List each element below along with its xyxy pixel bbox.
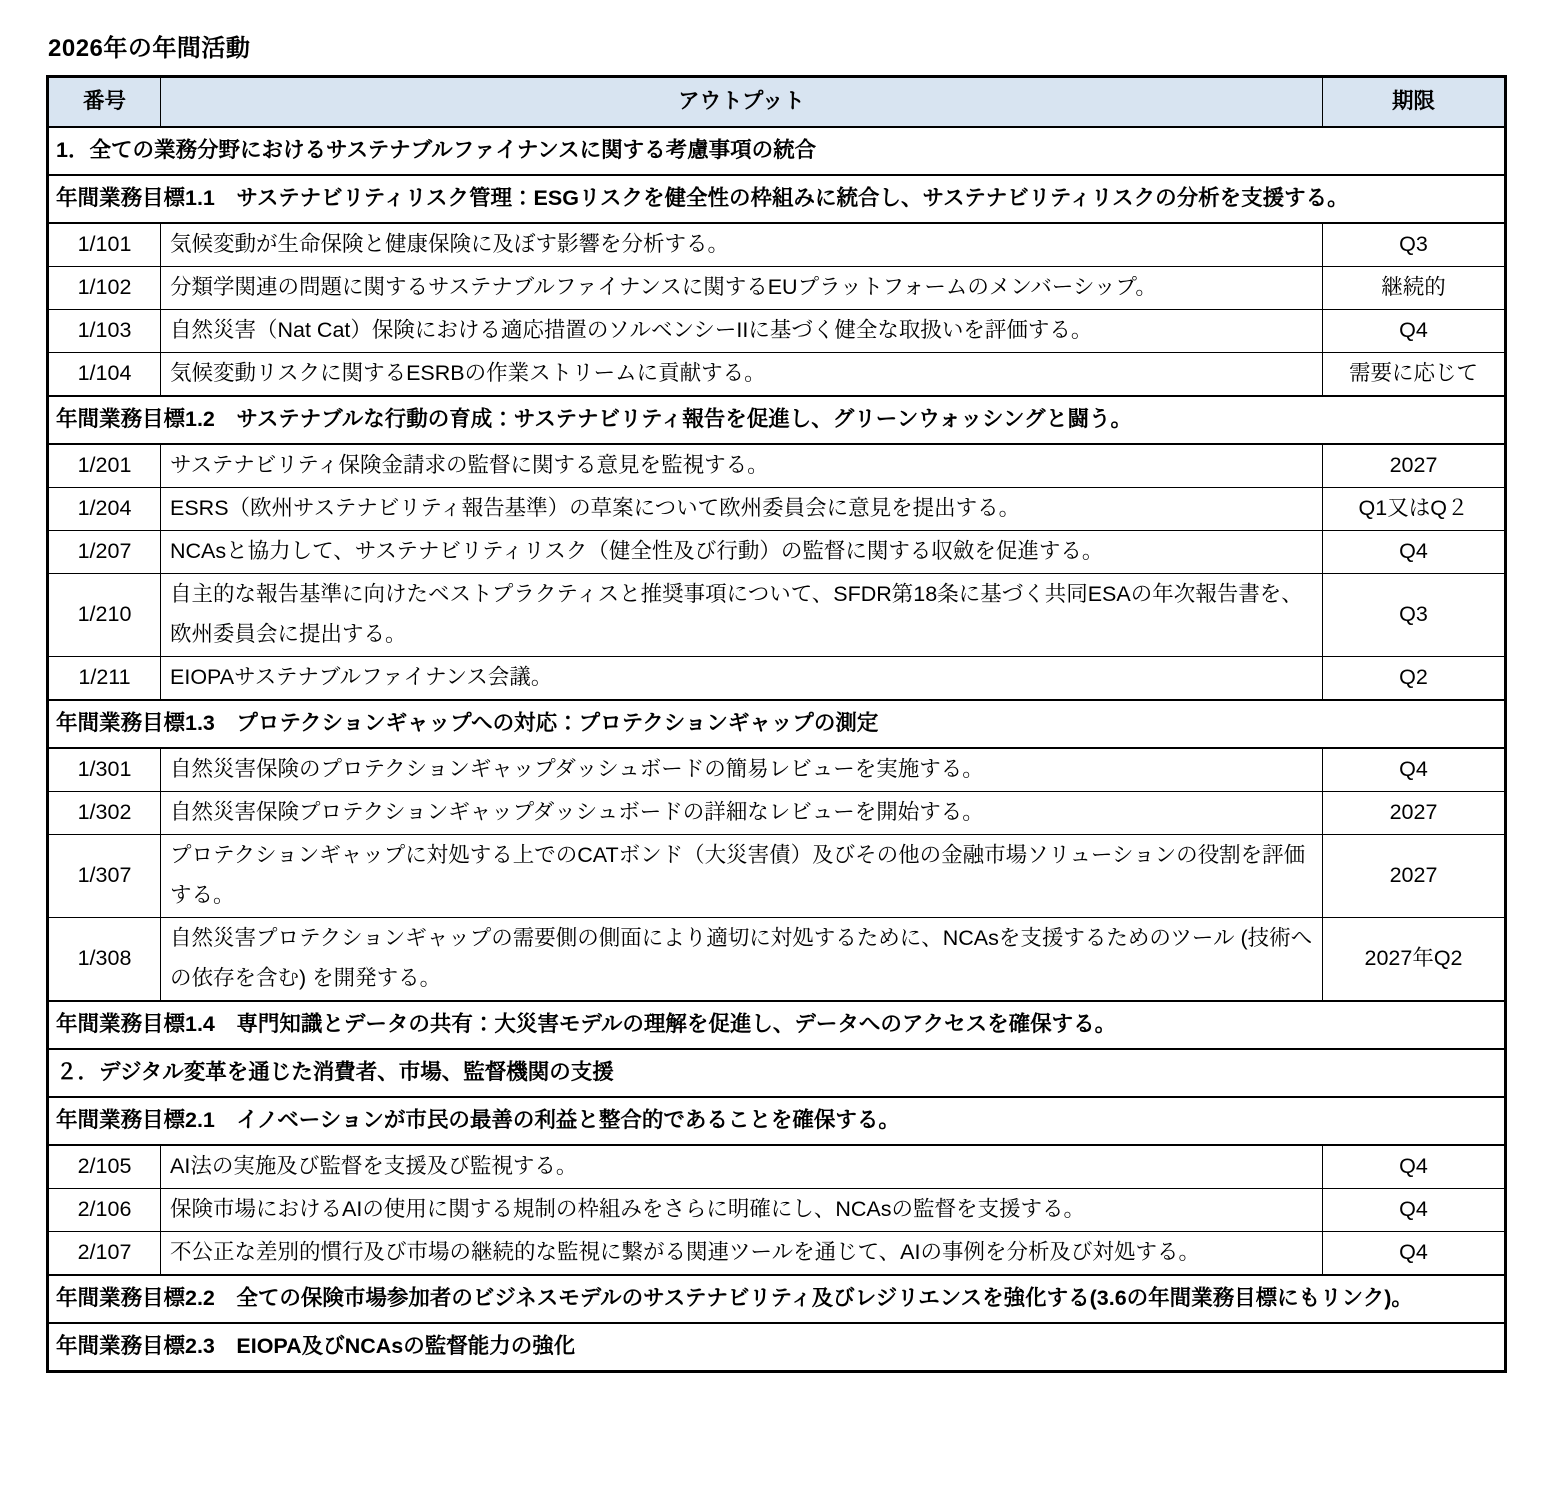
section-row: 年間業務目標2.3 EIOPA及びNCAsの監督能力の強化 [48,1323,1506,1371]
section-row: 年間業務目標1.2 サステナブルな行動の育成：サステナビリティ報告を促進し、グリ… [48,396,1506,444]
table-row: 1/104 気候変動リスクに関するESRBの作業ストリームに貢献する。 需要に応… [48,352,1506,395]
cell-deadline: Q2 [1323,656,1506,699]
cell-deadline: Q4 [1323,1231,1506,1274]
table-row: 1/301 自然災害保険のプロテクションギャップダッシュボードの簡易レビューを実… [48,748,1506,791]
cell-number: 2/105 [48,1145,161,1188]
table-row: 1/207 NCAsと協力して、サステナビリティリスク（健全性及び行動）の監督に… [48,530,1506,573]
section-row: 1．全ての業務分野におけるサステナブルファイナンスに関する考慮事項の統合 [48,127,1506,175]
cell-deadline: Q4 [1323,748,1506,791]
page-title: 2026年の年間活動 [48,28,1502,63]
cell-output: 不公正な差別的慣行及び市場の継続的な監視に繋がる関連ツールを通じて、AIの事例を… [161,1231,1323,1274]
document-page: 2026年の年間活動 番号 アウトプット 期限 1．全ての業務分野におけるサステ… [0,0,1550,1491]
table-header: 番号 アウトプット 期限 [48,77,1506,127]
cell-output: サステナビリティ保険金請求の監督に関する意見を監視する。 [161,444,1323,487]
section-cell: 1．全ての業務分野におけるサステナブルファイナンスに関する考慮事項の統合 [48,127,1506,175]
cell-number: 1/210 [48,573,161,656]
cell-deadline: Q4 [1323,309,1506,352]
cell-deadline: Q4 [1323,1145,1506,1188]
cell-output: EIOPAサステナブルファイナンス会議。 [161,656,1323,699]
section-row: ２．デジタル変革を通じた消費者、市場、監督機関の支援 [48,1049,1506,1097]
table-row: 2/107 不公正な差別的慣行及び市場の継続的な監視に繋がる関連ツールを通じて、… [48,1231,1506,1274]
table-row: 2/106 保険市場におけるAIの使用に関する規制の枠組みをさらに明確にし、NC… [48,1188,1506,1231]
cell-deadline: 継続的 [1323,266,1506,309]
cell-output: 保険市場におけるAIの使用に関する規制の枠組みをさらに明確にし、NCAsの監督を… [161,1188,1323,1231]
cell-output: 自然災害保険プロテクションギャップダッシュボードの詳細なレビューを開始する。 [161,791,1323,834]
table-row: 1/307 プロテクションギャップに対処する上でのCATボンド（大災害債）及びそ… [48,834,1506,917]
cell-deadline: Q1又はQ２ [1323,487,1506,530]
cell-output: 分類学関連の問題に関するサステナブルファイナンスに関するEUプラットフォームのメ… [161,266,1323,309]
cell-number: 1/102 [48,266,161,309]
cell-number: 1/207 [48,530,161,573]
table-row: 1/103 自然災害（Nat Cat）保険における適応措置のソルベンシーIIに基… [48,309,1506,352]
table-row: 1/101 気候変動が生命保険と健康保険に及ぼす影響を分析する。 Q3 [48,223,1506,266]
table-row: 1/201 サステナビリティ保険金請求の監督に関する意見を監視する。 2027 [48,444,1506,487]
cell-deadline: Q4 [1323,1188,1506,1231]
table-row: 1/102 分類学関連の問題に関するサステナブルファイナンスに関するEUプラット… [48,266,1506,309]
section-cell: ２．デジタル変革を通じた消費者、市場、監督機関の支援 [48,1049,1506,1097]
col-header-deadline: 期限 [1323,77,1506,127]
table-row: 1/204 ESRS（欧州サステナビリティ報告基準）の草案について欧州委員会に意… [48,487,1506,530]
section-cell: 年間業務目標1.3 プロテクションギャップへの対応：プロテクションギャップの測定 [48,700,1506,748]
table-row: 1/211 EIOPAサステナブルファイナンス会議。 Q2 [48,656,1506,699]
cell-number: 1/308 [48,917,161,1000]
annual-activities-table: 番号 アウトプット 期限 1．全ての業務分野におけるサステナブルファイナンスに関… [46,75,1507,1373]
cell-deadline: 2027年Q2 [1323,917,1506,1000]
cell-output: 気候変動が生命保険と健康保険に及ぼす影響を分析する。 [161,223,1323,266]
section-cell: 年間業務目標2.2 全ての保険市場参加者のビジネスモデルのサステナビリティ及びレ… [48,1275,1506,1323]
cell-number: 1/103 [48,309,161,352]
cell-number: 1/307 [48,834,161,917]
section-cell: 年間業務目標2.1 イノベーションが市民の最善の利益と整合的であることを確保する… [48,1097,1506,1145]
table-row: 2/105 AI法の実施及び監督を支援及び監視する。 Q4 [48,1145,1506,1188]
table-body: 1．全ての業務分野におけるサステナブルファイナンスに関する考慮事項の統合 年間業… [48,127,1506,1371]
section-cell: 年間業務目標2.3 EIOPA及びNCAsの監督能力の強化 [48,1323,1506,1371]
cell-deadline: Q4 [1323,530,1506,573]
section-cell: 年間業務目標1.4 専門知識とデータの共有：大災害モデルの理解を促進し、データへ… [48,1001,1506,1049]
cell-number: 2/106 [48,1188,161,1231]
cell-output: NCAsと協力して、サステナビリティリスク（健全性及び行動）の監督に関する収斂を… [161,530,1323,573]
section-cell: 年間業務目標1.1 サステナビリティリスク管理：ESGリスクを健全性の枠組みに統… [48,175,1506,223]
cell-output: 自然災害保険のプロテクションギャップダッシュボードの簡易レビューを実施する。 [161,748,1323,791]
section-cell: 年間業務目標1.2 サステナブルな行動の育成：サステナビリティ報告を促進し、グリ… [48,396,1506,444]
cell-deadline: Q3 [1323,573,1506,656]
cell-deadline: 需要に応じて [1323,352,1506,395]
cell-number: 1/301 [48,748,161,791]
cell-output: 自主的な報告基準に向けたベストプラクティスと推奨事項について、SFDR第18条に… [161,573,1323,656]
cell-number: 1/201 [48,444,161,487]
section-row: 年間業務目標2.2 全ての保険市場参加者のビジネスモデルのサステナビリティ及びレ… [48,1275,1506,1323]
cell-deadline: 2027 [1323,834,1506,917]
cell-number: 1/302 [48,791,161,834]
table-row: 1/308 自然災害プロテクションギャップの需要側の側面により適切に対処するため… [48,917,1506,1000]
cell-number: 1/101 [48,223,161,266]
table-row: 1/302 自然災害保険プロテクションギャップダッシュボードの詳細なレビューを開… [48,791,1506,834]
cell-output: AI法の実施及び監督を支援及び監視する。 [161,1145,1323,1188]
cell-output: プロテクションギャップに対処する上でのCATボンド（大災害債）及びその他の金融市… [161,834,1323,917]
cell-deadline: Q3 [1323,223,1506,266]
cell-output: 自然災害プロテクションギャップの需要側の側面により適切に対処するために、NCAs… [161,917,1323,1000]
cell-output: 自然災害（Nat Cat）保険における適応措置のソルベンシーIIに基づく健全な取… [161,309,1323,352]
section-row: 年間業務目標2.1 イノベーションが市民の最善の利益と整合的であることを確保する… [48,1097,1506,1145]
col-header-number: 番号 [48,77,161,127]
cell-number: 1/211 [48,656,161,699]
section-row: 年間業務目標1.4 専門知識とデータの共有：大災害モデルの理解を促進し、データへ… [48,1001,1506,1049]
cell-number: 1/204 [48,487,161,530]
cell-number: 2/107 [48,1231,161,1274]
table-row: 1/210 自主的な報告基準に向けたベストプラクティスと推奨事項について、SFD… [48,573,1506,656]
cell-output: ESRS（欧州サステナビリティ報告基準）の草案について欧州委員会に意見を提出する… [161,487,1323,530]
cell-number: 1/104 [48,352,161,395]
header-row: 番号 アウトプット 期限 [48,77,1506,127]
cell-output: 気候変動リスクに関するESRBの作業ストリームに貢献する。 [161,352,1323,395]
col-header-output: アウトプット [161,77,1323,127]
section-row: 年間業務目標1.1 サステナビリティリスク管理：ESGリスクを健全性の枠組みに統… [48,175,1506,223]
section-row: 年間業務目標1.3 プロテクションギャップへの対応：プロテクションギャップの測定 [48,700,1506,748]
cell-deadline: 2027 [1323,444,1506,487]
cell-deadline: 2027 [1323,791,1506,834]
